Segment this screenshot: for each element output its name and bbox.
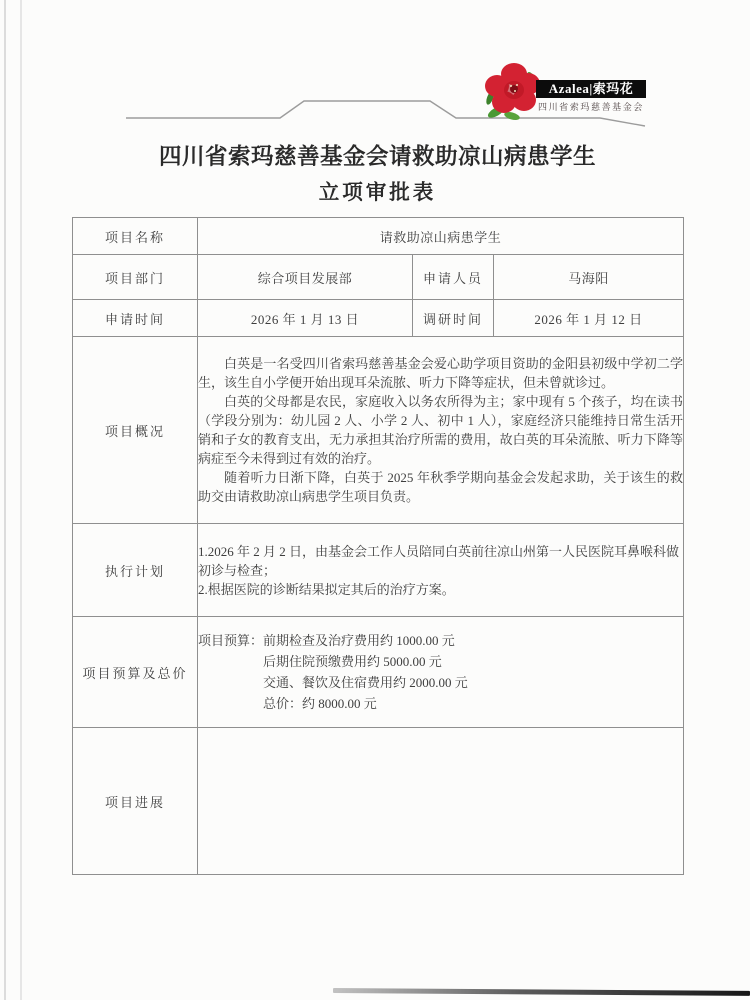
budget-label: 项目预算及总价 bbox=[73, 617, 198, 728]
left-page-edge-line-2 bbox=[20, 0, 22, 1000]
left-page-edge-line bbox=[4, 0, 6, 1000]
department-value: 综合项目发展部 bbox=[198, 255, 413, 300]
overview-content: 白英是一名受四川省索玛慈善基金会爱心助学项目资助的金阳县初级中学初二学生，该生自… bbox=[198, 337, 684, 524]
row-times: 申请时间 2026 年 1 月 13 日 调研时间 2026 年 1 月 12 … bbox=[73, 300, 684, 337]
approval-form-table: 项目名称 请救助凉山病患学生 项目部门 综合项目发展部 申请人员 马海阳 申请时… bbox=[72, 217, 684, 875]
row-project-name: 项目名称 请救助凉山病患学生 bbox=[73, 218, 684, 255]
brand-text: Azalea|索玛花 bbox=[549, 81, 633, 96]
plan-line-2: 2.根据医院的诊断结果拟定其后的治疗方案。 bbox=[198, 580, 683, 599]
overview-paragraph-2: 白英的父母都是农民，家庭收入以务农所得为主；家中现有 5 个孩子，均在读书（学段… bbox=[198, 392, 683, 468]
overview-paragraph-1: 白英是一名受四川省索玛慈善基金会爱心助学项目资助的金阳县初级中学初二学生，该生自… bbox=[198, 354, 683, 392]
budget-item-3: 交通、餐饮及住宿费用约 2000.00 元 bbox=[263, 672, 683, 693]
progress-content bbox=[198, 728, 684, 875]
research-time-value: 2026 年 1 月 12 日 bbox=[494, 300, 684, 337]
brand-banner: Azalea|索玛花 bbox=[536, 80, 646, 98]
bottom-page-edge-shadow bbox=[333, 988, 750, 996]
applicant-value: 马海阳 bbox=[494, 255, 684, 300]
applicant-label: 申请人员 bbox=[413, 255, 494, 300]
budget-item-4: 总价：约 8000.00 元 bbox=[263, 693, 683, 714]
row-plan: 执行计划 1.2026 年 2 月 2 日，由基金会工作人员陪同白英前往凉山州第… bbox=[73, 524, 684, 617]
overview-paragraph-3: 随着听力日渐下降，白英于 2025 年秋季学期向基金会发起求助，关于该生的救助交… bbox=[198, 468, 683, 506]
plan-content: 1.2026 年 2 月 2 日，由基金会工作人员陪同白英前往凉山州第一人民医院… bbox=[198, 524, 684, 617]
apply-time-label: 申请时间 bbox=[73, 300, 198, 337]
department-label: 项目部门 bbox=[73, 255, 198, 300]
plan-label: 执行计划 bbox=[73, 524, 198, 617]
decorative-ribbon-line bbox=[100, 92, 660, 137]
budget-item-1: 前期检查及治疗费用约 1000.00 元 bbox=[263, 633, 455, 648]
budget-line-1: 项目预算：前期检查及治疗费用约 1000.00 元 bbox=[198, 630, 683, 651]
budget-prefix: 项目预算： bbox=[198, 633, 263, 648]
budget-content: 项目预算：前期检查及治疗费用约 1000.00 元 后期住院预缴费用约 5000… bbox=[198, 617, 684, 728]
research-time-label: 调研时间 bbox=[413, 300, 494, 337]
document-title: 四川省索玛慈善基金会请救助凉山病患学生 bbox=[40, 139, 715, 171]
row-overview: 项目概况 白英是一名受四川省索玛慈善基金会爱心助学项目资助的金阳县初级中学初二学… bbox=[73, 337, 684, 524]
project-name-value: 请救助凉山病患学生 bbox=[198, 218, 684, 255]
apply-time-value: 2026 年 1 月 13 日 bbox=[198, 300, 413, 337]
project-name-label: 项目名称 bbox=[73, 218, 198, 255]
progress-label: 项目进展 bbox=[73, 728, 198, 875]
row-department: 项目部门 综合项目发展部 申请人员 马海阳 bbox=[73, 255, 684, 300]
overview-label: 项目概况 bbox=[73, 337, 198, 524]
scanned-form-page: Azalea|索玛花 四川省索玛慈善基金会 四川省索玛慈善基金会请救助凉山病患学… bbox=[0, 0, 750, 1000]
row-budget: 项目预算及总价 项目预算：前期检查及治疗费用约 1000.00 元 后期住院预缴… bbox=[73, 617, 684, 728]
row-progress: 项目进展 bbox=[73, 728, 684, 875]
plan-line-1: 1.2026 年 2 月 2 日，由基金会工作人员陪同白英前往凉山州第一人民医院… bbox=[198, 542, 683, 580]
org-name-text: 四川省索玛慈善基金会 bbox=[532, 100, 650, 113]
budget-item-2: 后期住院预缴费用约 5000.00 元 bbox=[263, 651, 683, 672]
document-subtitle: 立项审批表 bbox=[40, 175, 715, 205]
